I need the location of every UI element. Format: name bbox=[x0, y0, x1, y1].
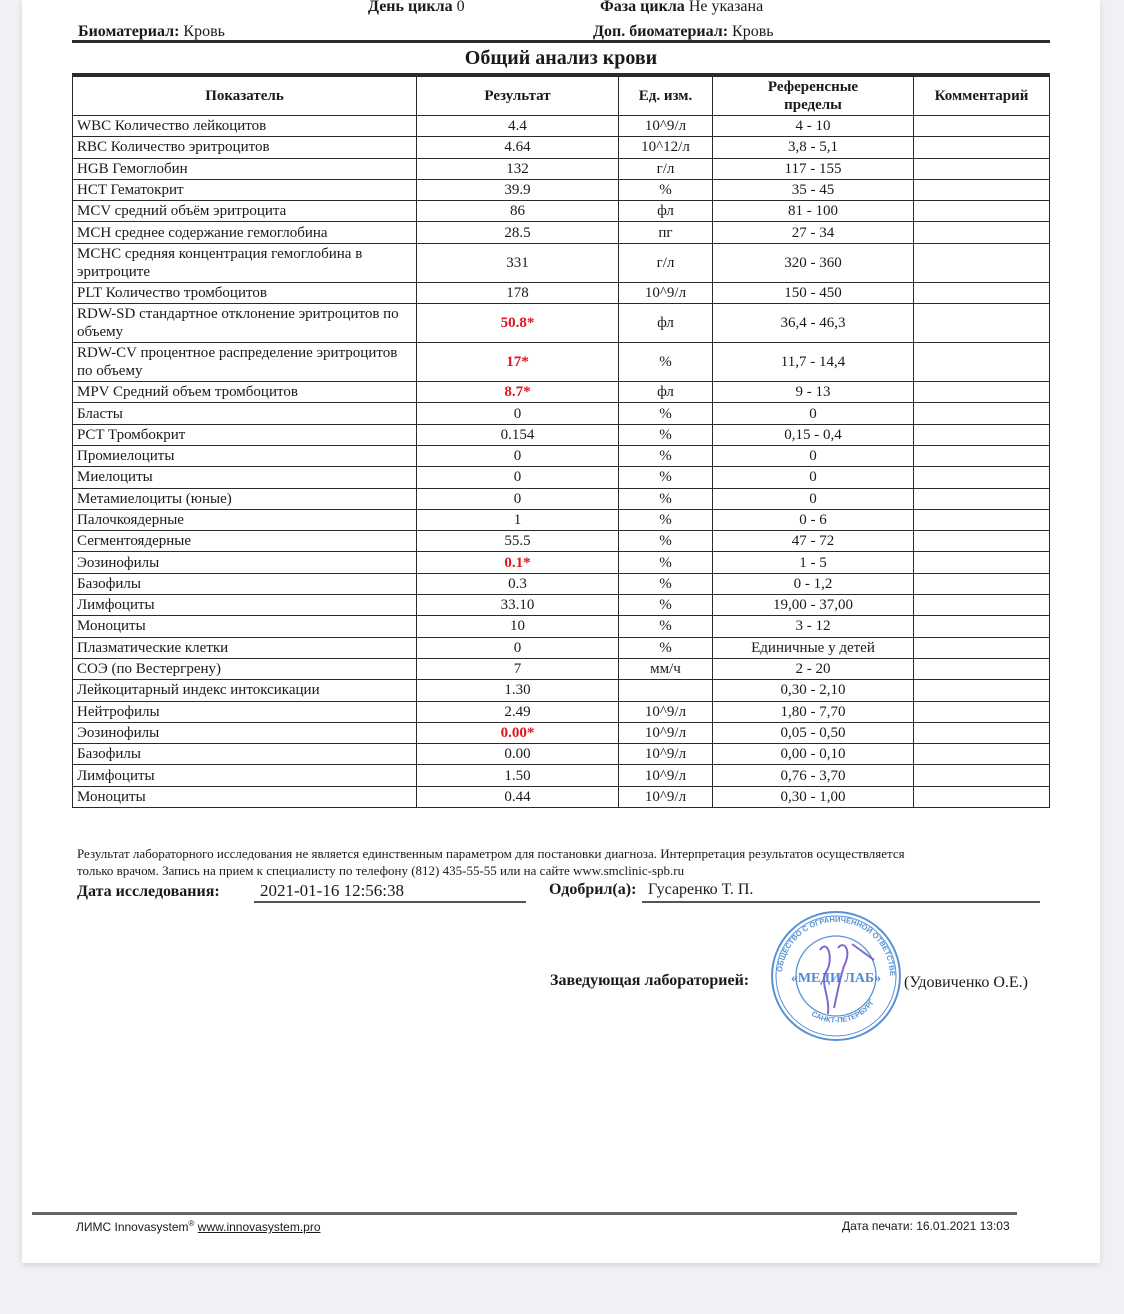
reference-cell: 117 - 155 bbox=[713, 158, 914, 179]
svg-text:САНКТ-ПЕТЕРБУРГ: САНКТ-ПЕТЕРБУРГ bbox=[810, 997, 877, 1025]
cycle-day-value: 0 bbox=[457, 0, 465, 15]
comment-cell bbox=[914, 158, 1050, 179]
header-divider bbox=[72, 40, 1050, 43]
indicator-cell: Миелоциты bbox=[73, 467, 417, 488]
indicator-cell: HGB Гемоглобин bbox=[73, 158, 417, 179]
result-cell: 0.154 bbox=[417, 424, 619, 445]
indicator-cell: Метамиелоциты (юные) bbox=[73, 488, 417, 509]
reference-cell: 47 - 72 bbox=[713, 531, 914, 552]
unit-cell: % bbox=[619, 403, 713, 424]
comment-cell bbox=[914, 573, 1050, 594]
study-date-underline bbox=[254, 901, 526, 903]
result-cell: 331 bbox=[417, 243, 619, 282]
reference-cell: 0 bbox=[713, 467, 914, 488]
table-row: Базофилы0.0010^9/л0,00 - 0,10 bbox=[73, 744, 1050, 765]
unit-cell: фл bbox=[619, 304, 713, 343]
reference-cell: 81 - 100 bbox=[713, 201, 914, 222]
col-header-result: Результат bbox=[417, 77, 619, 116]
indicator-cell: Эозинофилы bbox=[73, 722, 417, 743]
reference-cell: 3 - 12 bbox=[713, 616, 914, 637]
disclaimer-line-2: только врачом. Запись на прием к специал… bbox=[77, 862, 684, 879]
col-header-indicator: Показатель bbox=[73, 77, 417, 116]
result-cell: 0 bbox=[417, 637, 619, 658]
table-row: HCT Гематокрит39.9%35 - 45 bbox=[73, 179, 1050, 200]
result-cell: 50.8* bbox=[417, 304, 619, 343]
table-row: Промиелоциты0%0 bbox=[73, 445, 1050, 466]
reference-cell: 0 - 1,2 bbox=[713, 573, 914, 594]
result-cell: 1 bbox=[417, 509, 619, 530]
indicator-cell: RDW-CV процентное распределение эритроци… bbox=[73, 343, 417, 382]
result-cell: 0.00 bbox=[417, 744, 619, 765]
indicator-cell: Базофилы bbox=[73, 744, 417, 765]
indicator-cell: MCH среднее содержание гемоглобина bbox=[73, 222, 417, 243]
unit-cell: % bbox=[619, 595, 713, 616]
reference-cell: 0,05 - 0,50 bbox=[713, 722, 914, 743]
result-cell: 0.44 bbox=[417, 786, 619, 807]
comment-cell bbox=[914, 201, 1050, 222]
result-cell: 132 bbox=[417, 158, 619, 179]
unit-cell: 10^9/л bbox=[619, 786, 713, 807]
table-row: Лейкоцитарный индекс интоксикации1.300,3… bbox=[73, 680, 1050, 701]
unit-cell: мм/ч bbox=[619, 658, 713, 679]
indicator-cell: MCV средний объём эритроцита bbox=[73, 201, 417, 222]
footer-lims: ЛИМС Innovasystem® www.innovasystem.pro bbox=[76, 1219, 321, 1234]
extra-biomaterial: Доп. биоматериал: Кровь bbox=[593, 23, 774, 41]
lims-label: ЛИМС Innovasystem bbox=[76, 1220, 189, 1234]
result-cell: 0 bbox=[417, 467, 619, 488]
result-cell: 0 bbox=[417, 488, 619, 509]
col-header-reference-line1: Референсные bbox=[717, 78, 909, 96]
indicator-cell: RDW-SD стандартное отклонение эритроцито… bbox=[73, 304, 417, 343]
table-row: MCH среднее содержание гемоглобина28.5пг… bbox=[73, 222, 1050, 243]
indicator-cell: PCT Тромбокрит bbox=[73, 424, 417, 445]
table-row: RDW-CV процентное распределение эритроци… bbox=[73, 343, 1050, 382]
unit-cell: % bbox=[619, 531, 713, 552]
cycle-phase-label: Фаза цикла bbox=[600, 0, 685, 15]
unit-cell: 10^9/л bbox=[619, 116, 713, 137]
unit-cell: % bbox=[619, 509, 713, 530]
reference-cell: 0,30 - 1,00 bbox=[713, 786, 914, 807]
svg-text:«МЕДИ ЛАБ»: «МЕДИ ЛАБ» bbox=[791, 971, 881, 986]
cycle-phase: Фаза цикла Не указана bbox=[600, 0, 763, 16]
result-cell: 0.00* bbox=[417, 722, 619, 743]
study-date-value: 2021-01-16 12:56:38 bbox=[260, 881, 404, 901]
unit-cell: фл bbox=[619, 201, 713, 222]
col-header-unit: Ед. изм. bbox=[619, 77, 713, 116]
results-table: Показатель Результат Ед. изм. Референсны… bbox=[72, 76, 1050, 808]
comment-cell bbox=[914, 304, 1050, 343]
table-row: Нейтрофилы2.4910^9/л1,80 - 7,70 bbox=[73, 701, 1050, 722]
result-cell: 86 bbox=[417, 201, 619, 222]
comment-cell bbox=[914, 765, 1050, 786]
comment-cell bbox=[914, 222, 1050, 243]
comment-cell bbox=[914, 445, 1050, 466]
reference-cell: 36,4 - 46,3 bbox=[713, 304, 914, 343]
table-row: MPV Средний объем тромбоцитов8.7*фл9 - 1… bbox=[73, 382, 1050, 403]
unit-cell: % bbox=[619, 343, 713, 382]
unit-cell: г/л bbox=[619, 243, 713, 282]
lims-registered: ® bbox=[189, 1219, 195, 1228]
comment-cell bbox=[914, 467, 1050, 488]
indicator-cell: Бласты bbox=[73, 403, 417, 424]
comment-cell bbox=[914, 137, 1050, 158]
table-row: Эозинофилы0.1*%1 - 5 bbox=[73, 552, 1050, 573]
table-header-row: Показатель Результат Ед. изм. Референсны… bbox=[73, 77, 1050, 116]
approved-label: Одобрил(а): bbox=[549, 881, 636, 899]
result-cell: 0 bbox=[417, 403, 619, 424]
table-row: Плазматические клетки0%Единичные у детей bbox=[73, 637, 1050, 658]
comment-cell bbox=[914, 616, 1050, 637]
indicator-cell: MCHC средняя концентрация гемоглобина в … bbox=[73, 243, 417, 282]
col-header-reference-line2: пределы bbox=[717, 96, 909, 114]
comment-cell bbox=[914, 552, 1050, 573]
reference-cell: 0 bbox=[713, 488, 914, 509]
comment-cell bbox=[914, 403, 1050, 424]
reference-cell: 27 - 34 bbox=[713, 222, 914, 243]
unit-cell: % bbox=[619, 179, 713, 200]
comment-cell bbox=[914, 424, 1050, 445]
indicator-cell: RBC Количество эритроцитов bbox=[73, 137, 417, 158]
indicator-cell: Лимфоциты bbox=[73, 595, 417, 616]
table-row: Моноциты10%3 - 12 bbox=[73, 616, 1050, 637]
biomaterial-label: Биоматериал: bbox=[78, 23, 179, 40]
result-cell: 0.1* bbox=[417, 552, 619, 573]
cycle-phase-value: Не указана bbox=[689, 0, 763, 15]
comment-cell bbox=[914, 531, 1050, 552]
study-date-label: Дата исследования: bbox=[77, 883, 220, 901]
result-cell: 4.4 bbox=[417, 116, 619, 137]
table-row: Лимфоциты1.5010^9/л0,76 - 3,70 bbox=[73, 765, 1050, 786]
biomaterial: Биоматериал: Кровь bbox=[78, 23, 225, 41]
comment-cell bbox=[914, 179, 1050, 200]
comment-cell bbox=[914, 658, 1050, 679]
table-row: RDW-SD стандартное отклонение эритроцито… bbox=[73, 304, 1050, 343]
reference-cell: 3,8 - 5,1 bbox=[713, 137, 914, 158]
indicator-cell: Моноциты bbox=[73, 616, 417, 637]
reference-cell: 320 - 360 bbox=[713, 243, 914, 282]
reference-cell: 9 - 13 bbox=[713, 382, 914, 403]
unit-cell: 10^9/л bbox=[619, 282, 713, 303]
indicator-cell: Плазматические клетки bbox=[73, 637, 417, 658]
reference-cell: 19,00 - 37,00 bbox=[713, 595, 914, 616]
comment-cell bbox=[914, 744, 1050, 765]
result-cell: 8.7* bbox=[417, 382, 619, 403]
unit-cell: % bbox=[619, 616, 713, 637]
table-row: Метамиелоциты (юные)0%0 bbox=[73, 488, 1050, 509]
unit-cell: 10^12/л bbox=[619, 137, 713, 158]
table-row: PLT Количество тромбоцитов17810^9/л150 -… bbox=[73, 282, 1050, 303]
report-title: Общий анализ крови bbox=[22, 47, 1100, 70]
result-cell: 2.49 bbox=[417, 701, 619, 722]
extra-biomaterial-label: Доп. биоматериал: bbox=[593, 23, 728, 40]
reference-cell: 0 bbox=[713, 445, 914, 466]
result-cell: 0.3 bbox=[417, 573, 619, 594]
comment-cell bbox=[914, 786, 1050, 807]
table-row: RBC Количество эритроцитов4.6410^12/л3,8… bbox=[73, 137, 1050, 158]
cycle-day: День цикла 0 bbox=[368, 0, 465, 16]
reference-cell: Единичные у детей bbox=[713, 637, 914, 658]
indicator-cell: WBC Количество лейкоцитов bbox=[73, 116, 417, 137]
unit-cell: % bbox=[619, 424, 713, 445]
reference-cell: 0 - 6 bbox=[713, 509, 914, 530]
comment-cell bbox=[914, 116, 1050, 137]
table-row: MCHC средняя концентрация гемоглобина в … bbox=[73, 243, 1050, 282]
reference-cell: 0,15 - 0,4 bbox=[713, 424, 914, 445]
approved-value: Гусаренко Т. П. bbox=[648, 881, 753, 899]
table-row: Базофилы0.3%0 - 1,2 bbox=[73, 573, 1050, 594]
result-cell: 1.30 bbox=[417, 680, 619, 701]
unit-cell: % bbox=[619, 488, 713, 509]
comment-cell bbox=[914, 382, 1050, 403]
indicator-cell: MPV Средний объем тромбоцитов bbox=[73, 382, 417, 403]
reference-cell: 35 - 45 bbox=[713, 179, 914, 200]
result-cell: 7 bbox=[417, 658, 619, 679]
reference-cell: 1,80 - 7,70 bbox=[713, 701, 914, 722]
comment-cell bbox=[914, 282, 1050, 303]
comment-cell bbox=[914, 509, 1050, 530]
comment-cell bbox=[914, 637, 1050, 658]
cycle-day-label: День цикла bbox=[368, 0, 453, 15]
unit-cell: % bbox=[619, 573, 713, 594]
extra-biomaterial-value: Кровь bbox=[732, 23, 774, 40]
print-date: Дата печати: 16.01.2021 13:03 bbox=[842, 1219, 1010, 1233]
unit-cell: фл bbox=[619, 382, 713, 403]
indicator-cell: СОЭ (по Вестергрену) bbox=[73, 658, 417, 679]
table-row: Лимфоциты33.10%19,00 - 37,00 bbox=[73, 595, 1050, 616]
footer-divider bbox=[32, 1212, 1017, 1215]
table-row: Палочкоядерные1%0 - 6 bbox=[73, 509, 1050, 530]
col-header-comment: Комментарий bbox=[914, 77, 1050, 116]
result-cell: 1.50 bbox=[417, 765, 619, 786]
disclaimer-line-1: Результат лабораторного исследования не … bbox=[77, 845, 905, 862]
unit-cell: % bbox=[619, 467, 713, 488]
result-cell: 55.5 bbox=[417, 531, 619, 552]
table-row: Миелоциты0%0 bbox=[73, 467, 1050, 488]
document-page: День цикла 0 Фаза цикла Не указана Биома… bbox=[22, 0, 1100, 1263]
reference-cell: 2 - 20 bbox=[713, 658, 914, 679]
indicator-cell: Сегментоядерные bbox=[73, 531, 417, 552]
unit-cell: 10^9/л bbox=[619, 744, 713, 765]
result-cell: 4.64 bbox=[417, 137, 619, 158]
indicator-cell: Лимфоциты bbox=[73, 765, 417, 786]
lab-stamp-icon: ОБЩЕСТВО С ОГРАНИЧЕННОЙ ОТВЕТСТВЕННОСТЬЮ… bbox=[768, 910, 904, 1042]
indicator-cell: Палочкоядерные bbox=[73, 509, 417, 530]
indicator-cell: Эозинофилы bbox=[73, 552, 417, 573]
comment-cell bbox=[914, 595, 1050, 616]
result-cell: 28.5 bbox=[417, 222, 619, 243]
unit-cell bbox=[619, 680, 713, 701]
comment-cell bbox=[914, 680, 1050, 701]
unit-cell: 10^9/л bbox=[619, 722, 713, 743]
reference-cell: 0,30 - 2,10 bbox=[713, 680, 914, 701]
result-cell: 178 bbox=[417, 282, 619, 303]
result-cell: 17* bbox=[417, 343, 619, 382]
lims-link[interactable]: www.innovasystem.pro bbox=[198, 1220, 321, 1234]
result-cell: 0 bbox=[417, 445, 619, 466]
unit-cell: % bbox=[619, 637, 713, 658]
table-row: Бласты0%0 bbox=[73, 403, 1050, 424]
comment-cell bbox=[914, 343, 1050, 382]
print-date-value: 16.01.2021 13:03 bbox=[916, 1219, 1009, 1233]
indicator-cell: Нейтрофилы bbox=[73, 701, 417, 722]
reference-cell: 1 - 5 bbox=[713, 552, 914, 573]
unit-cell: пг bbox=[619, 222, 713, 243]
col-header-reference: Референсные пределы bbox=[713, 77, 914, 116]
reference-cell: 0 bbox=[713, 403, 914, 424]
table-row: Моноциты0.4410^9/л0,30 - 1,00 bbox=[73, 786, 1050, 807]
biomaterial-value: Кровь bbox=[183, 23, 225, 40]
indicator-cell: Базофилы bbox=[73, 573, 417, 594]
result-cell: 39.9 bbox=[417, 179, 619, 200]
table-row: Эозинофилы0.00*10^9/л0,05 - 0,50 bbox=[73, 722, 1050, 743]
table-row: СОЭ (по Вестергрену)7мм/ч2 - 20 bbox=[73, 658, 1050, 679]
print-date-label: Дата печати: bbox=[842, 1219, 913, 1233]
indicator-cell: PLT Количество тромбоцитов bbox=[73, 282, 417, 303]
comment-cell bbox=[914, 488, 1050, 509]
table-row: HGB Гемоглобин132г/л117 - 155 bbox=[73, 158, 1050, 179]
lab-head-value: (Удовиченко О.Е.) bbox=[904, 974, 1028, 992]
reference-cell: 11,7 - 14,4 bbox=[713, 343, 914, 382]
table-row: MCV средний объём эритроцита86фл81 - 100 bbox=[73, 201, 1050, 222]
reference-cell: 0,76 - 3,70 bbox=[713, 765, 914, 786]
reference-cell: 150 - 450 bbox=[713, 282, 914, 303]
indicator-cell: Лейкоцитарный индекс интоксикации bbox=[73, 680, 417, 701]
unit-cell: 10^9/л bbox=[619, 765, 713, 786]
indicator-cell: Моноциты bbox=[73, 786, 417, 807]
unit-cell: г/л bbox=[619, 158, 713, 179]
results-body: WBC Количество лейкоцитов4.410^9/л4 - 10… bbox=[73, 116, 1050, 808]
svg-text:ОБЩЕСТВО С ОГРАНИЧЕННОЙ ОТВЕТС: ОБЩЕСТВО С ОГРАНИЧЕННОЙ ОТВЕТСТВЕННОСТЬЮ bbox=[768, 910, 897, 976]
indicator-cell: Промиелоциты bbox=[73, 445, 417, 466]
unit-cell: % bbox=[619, 445, 713, 466]
comment-cell bbox=[914, 722, 1050, 743]
result-cell: 33.10 bbox=[417, 595, 619, 616]
reference-cell: 0,00 - 0,10 bbox=[713, 744, 914, 765]
indicator-cell: HCT Гематокрит bbox=[73, 179, 417, 200]
unit-cell: % bbox=[619, 552, 713, 573]
comment-cell bbox=[914, 701, 1050, 722]
approved-underline bbox=[642, 901, 1040, 903]
unit-cell: 10^9/л bbox=[619, 701, 713, 722]
comment-cell bbox=[914, 243, 1050, 282]
table-row: WBC Количество лейкоцитов4.410^9/л4 - 10 bbox=[73, 116, 1050, 137]
table-row: Сегментоядерные55.5%47 - 72 bbox=[73, 531, 1050, 552]
reference-cell: 4 - 10 bbox=[713, 116, 914, 137]
lab-head-label: Заведующая лабораторией: bbox=[550, 972, 749, 990]
result-cell: 10 bbox=[417, 616, 619, 637]
table-row: PCT Тромбокрит0.154%0,15 - 0,4 bbox=[73, 424, 1050, 445]
